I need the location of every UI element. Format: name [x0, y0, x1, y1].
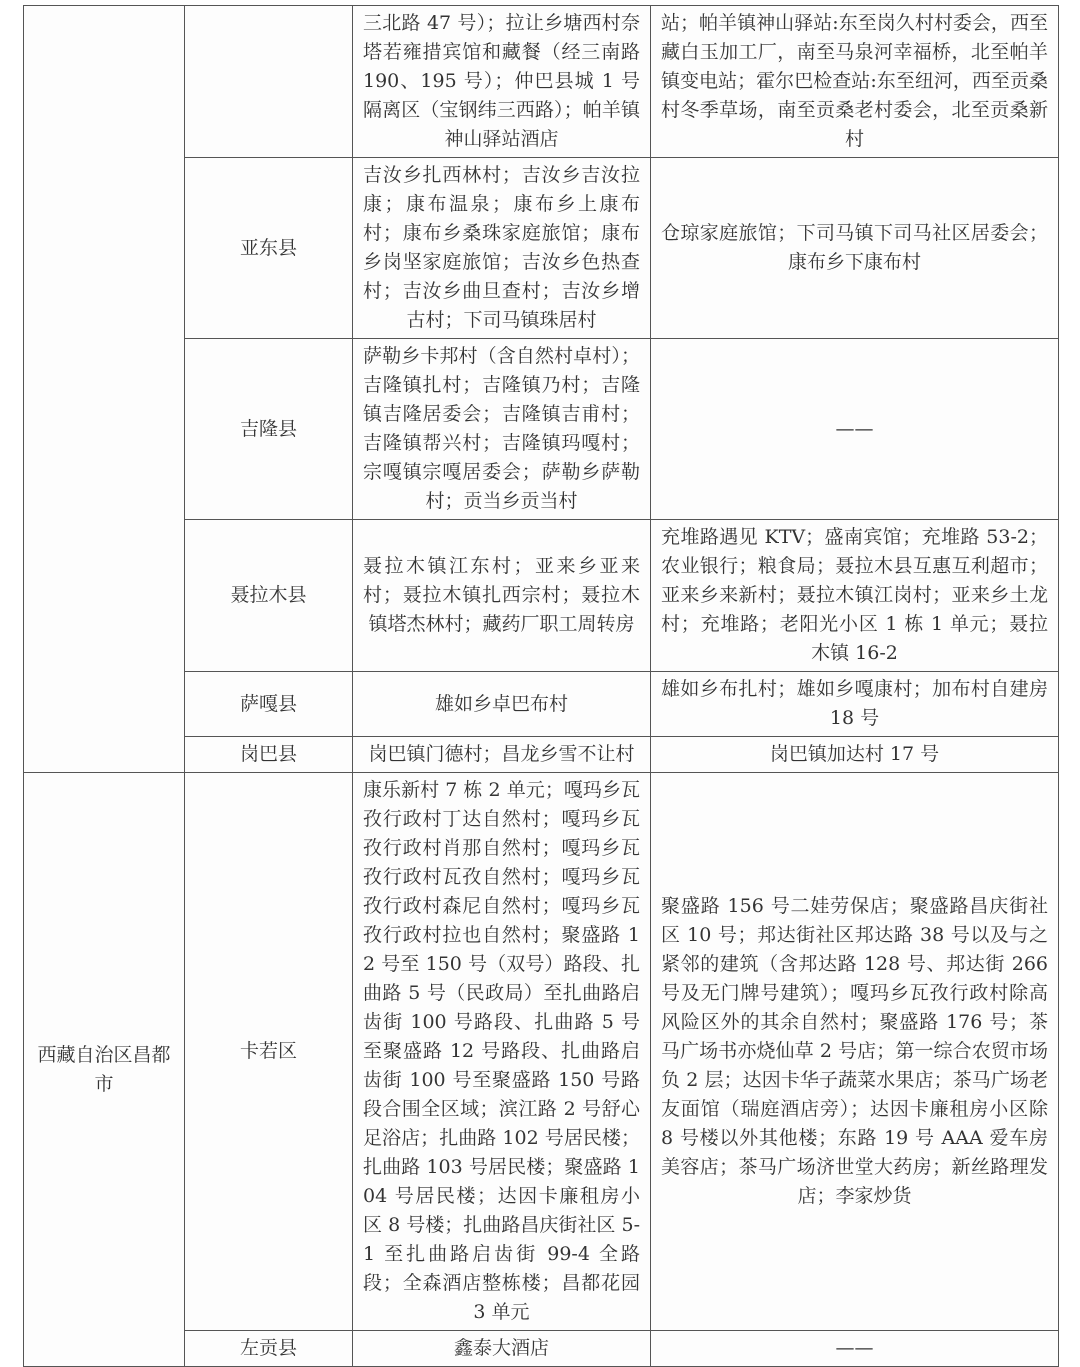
county-cell: 左贡县	[185, 1331, 353, 1367]
high-risk-cell: 岗巴镇门德村；昌龙乡雪不让村	[353, 737, 651, 773]
table-row: 西藏自治区昌都市 卡若区 康乐新村 7 栋 2 单元；嘎玛乡瓦孜行政村丁达自然村…	[24, 773, 1059, 1331]
county-cell: 亚东县	[185, 158, 353, 339]
high-risk-cell: 三北路 47 号）；拉让乡塘西村奈塔若雍措宾馆和藏餐（经三南路 190、195 …	[353, 6, 651, 158]
prefecture-cell	[24, 6, 185, 773]
county-cell: 岗巴县	[185, 737, 353, 773]
county-cell	[185, 6, 353, 158]
document-page: 三北路 47 号）；拉让乡塘西村奈塔若雍措宾馆和藏餐（经三南路 190、195 …	[23, 5, 1059, 1367]
medium-risk-cell: 仓琼家庭旅馆；下司马镇下司马社区居委会；康布乡下康布村	[651, 158, 1059, 339]
medium-risk-cell: 充堆路遇见 KTV；盛南宾馆；充堆路 53-2；农业银行；粮食局；聂拉木县互惠互…	[651, 520, 1059, 672]
medium-risk-cell: ——	[651, 339, 1059, 520]
prefecture-cell: 西藏自治区昌都市	[24, 773, 185, 1367]
high-risk-cell: 萨勒乡卡邦村（含自然村卓村）；吉隆镇扎村；吉隆镇乃村；吉隆镇吉隆居委会；吉隆镇吉…	[353, 339, 651, 520]
high-risk-cell: 雄如乡卓巴布村	[353, 672, 651, 737]
medium-risk-cell: 岗巴镇加达村 17 号	[651, 737, 1059, 773]
risk-area-table: 三北路 47 号）；拉让乡塘西村奈塔若雍措宾馆和藏餐（经三南路 190、195 …	[23, 5, 1059, 1367]
county-cell: 吉隆县	[185, 339, 353, 520]
county-cell: 卡若区	[185, 773, 353, 1331]
high-risk-cell: 聂拉木镇江东村；亚来乡亚来村；聂拉木镇扎西宗村；聂拉木镇塔杰林村；藏药厂职工周转…	[353, 520, 651, 672]
medium-risk-cell: 站；帕羊镇神山驿站:东至岗久村村委会，西至藏白玉加工厂，南至马泉河幸福桥，北至帕…	[651, 6, 1059, 158]
medium-risk-cell: 雄如乡布扎村；雄如乡嘎康村；加布村自建房 18 号	[651, 672, 1059, 737]
high-risk-cell: 吉汝乡扎西林村；吉汝乡吉汝拉康；康布温泉；康布乡上康布村；康布乡桑珠家庭旅馆；康…	[353, 158, 651, 339]
county-cell: 聂拉木县	[185, 520, 353, 672]
medium-risk-cell: 聚盛路 156 号二娃劳保店；聚盛路昌庆街社区 10 号；邦达街社区邦达路 38…	[651, 773, 1059, 1331]
county-cell: 萨嘎县	[185, 672, 353, 737]
medium-risk-cell: ——	[651, 1331, 1059, 1367]
high-risk-cell: 鑫泰大酒店	[353, 1331, 651, 1367]
high-risk-cell: 康乐新村 7 栋 2 单元；嘎玛乡瓦孜行政村丁达自然村；嘎玛乡瓦孜行政村肖那自然…	[353, 773, 651, 1331]
table-row: 三北路 47 号）；拉让乡塘西村奈塔若雍措宾馆和藏餐（经三南路 190、195 …	[24, 6, 1059, 158]
